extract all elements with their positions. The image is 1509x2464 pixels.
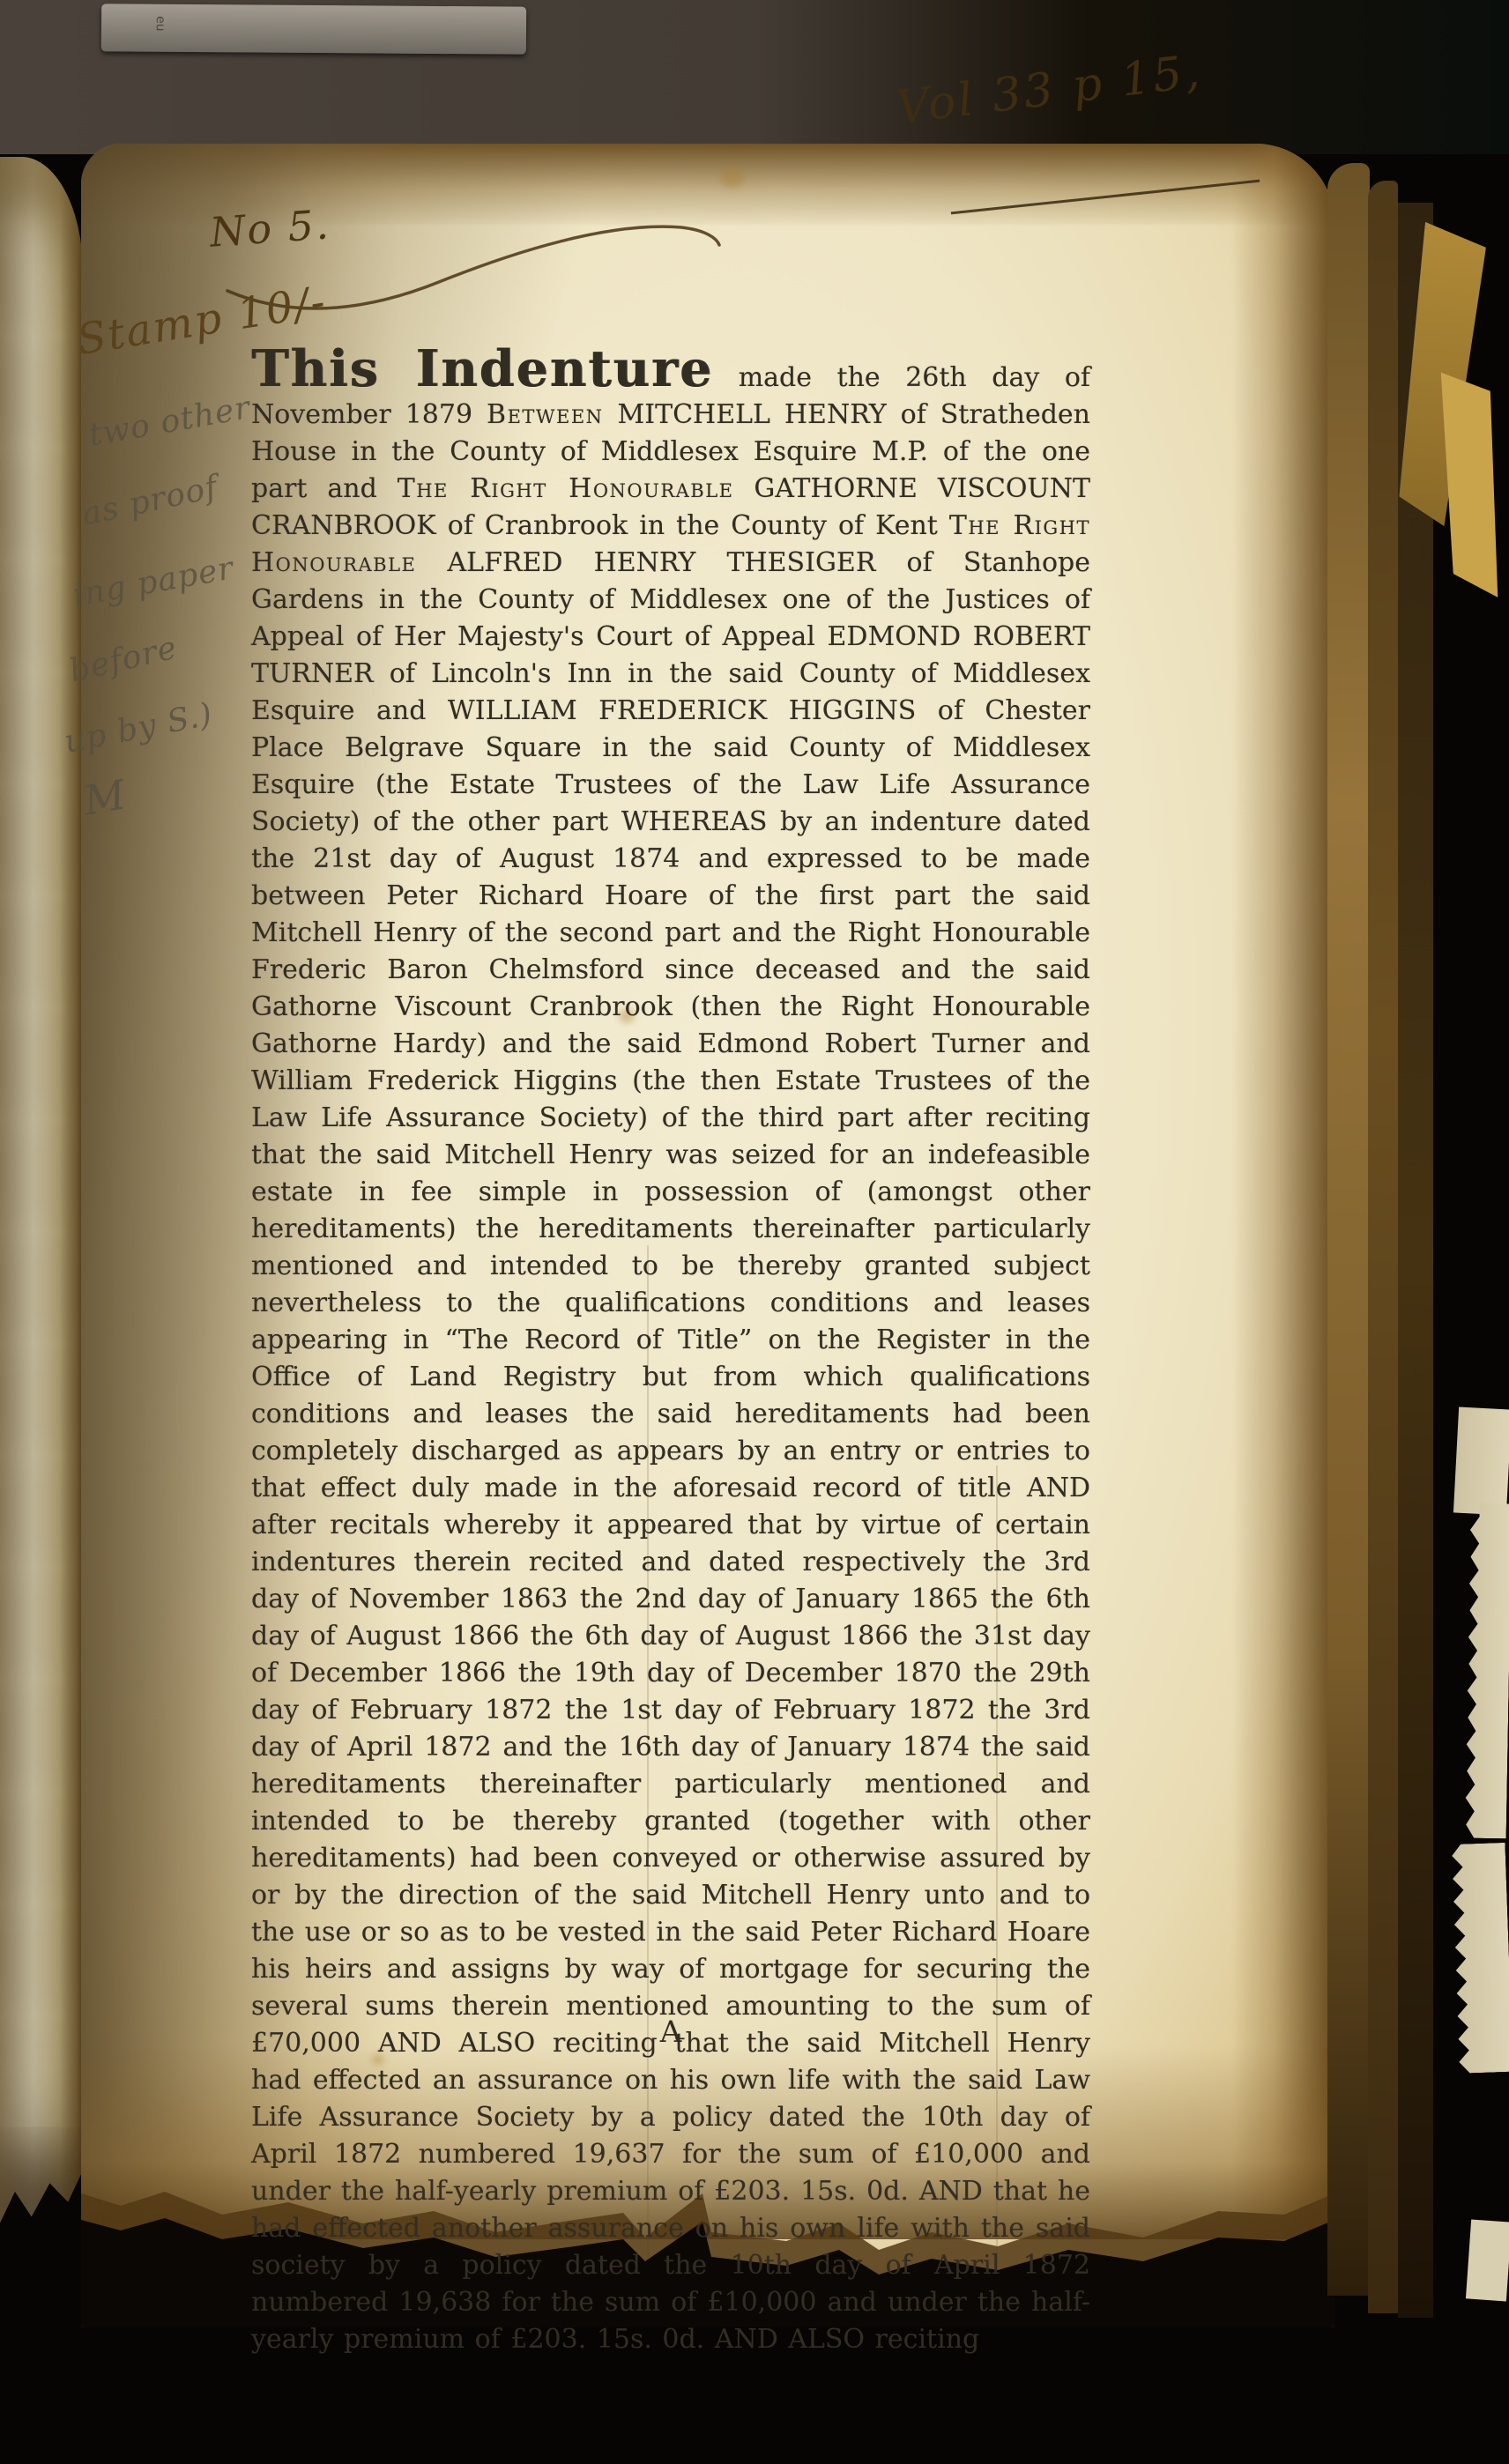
- page-stack-edge: [1327, 163, 1370, 2296]
- pencil-marginalia: M: [80, 770, 130, 825]
- opposite-page-fore-edge: [0, 157, 83, 2254]
- paper-slip: [1466, 2220, 1509, 2302]
- paper-slip: [1461, 1503, 1509, 1839]
- body-segment: Between: [487, 399, 604, 430]
- book-scan: eu Vol 33 p 15, No 5. Stamp 10/- two oth…: [0, 0, 1509, 2464]
- printed-text: This Indenture made the 26th day of Nove…: [251, 344, 1090, 2358]
- paper-slip: [1453, 1407, 1509, 1516]
- paper-slip: [1446, 1843, 1509, 2074]
- body-segment: ALFRED HENRY THESIGER of Stanhope Garden…: [251, 547, 1090, 2355]
- signature-mark: A: [251, 2015, 1090, 2050]
- page-stack-edge: [1398, 203, 1433, 2318]
- page-stain: [721, 168, 744, 188]
- edge-label-text: eu: [153, 16, 167, 32]
- page-stack-edge: [1368, 181, 1398, 2313]
- binding-edge-strip: eu: [101, 4, 526, 54]
- indenture-heading: This Indenture: [251, 339, 713, 398]
- body-segment: The Right Honourable: [398, 473, 734, 504]
